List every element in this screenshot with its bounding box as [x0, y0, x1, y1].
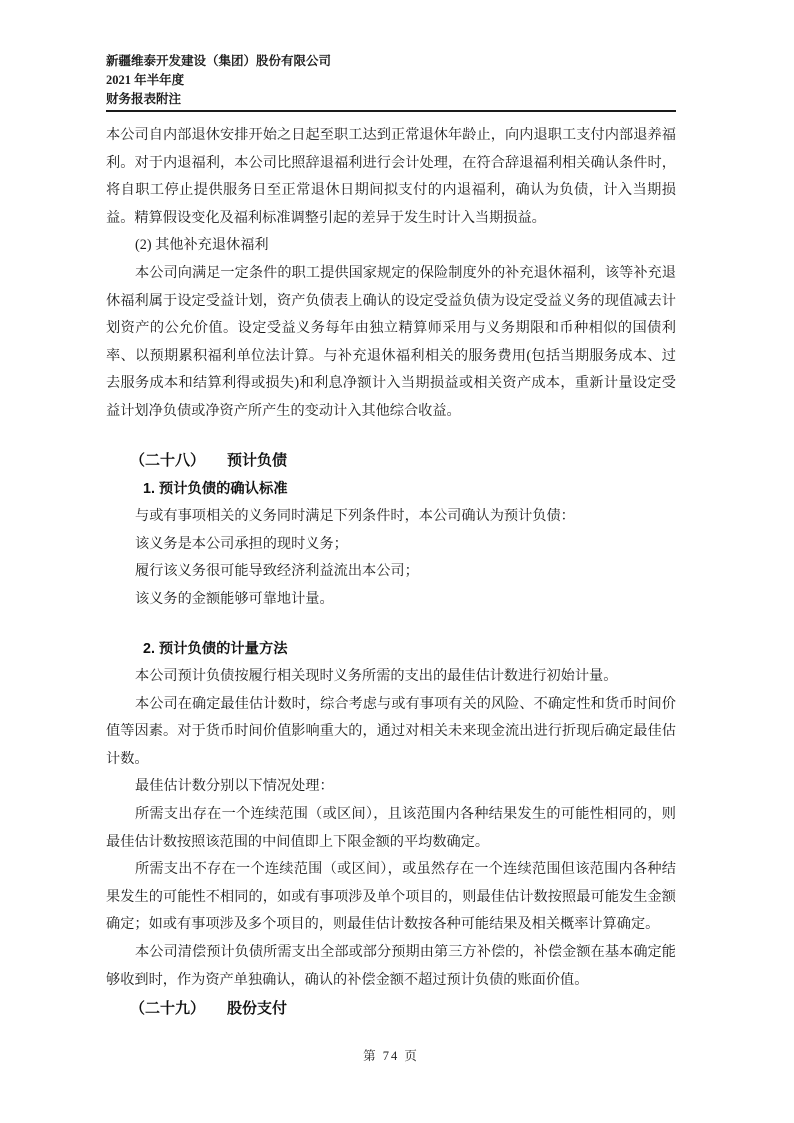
- section-title: 预计负债: [227, 452, 287, 469]
- paragraph: 该义务的金额能够可靠地计量。: [106, 586, 676, 614]
- sub-heading: 1. 预计负债的确认标准: [106, 476, 676, 504]
- document-body: 本公司自内部退休安排开始之日起至职工达到正常退休年龄止，向内退职工支付内部退养福…: [106, 122, 676, 1024]
- paragraph: 本公司在确定最佳估计数时，综合考虑与或有事项有关的风险、不确定性和货币时间价值等…: [106, 691, 676, 774]
- paragraph: 本公司清偿预计负债所需支出全部或部分预期由第三方补偿的，补偿金额在基本确定能够收…: [106, 939, 676, 994]
- section-number: （二十八）: [130, 452, 205, 469]
- paragraph: 所需支出存在一个连续范围（或区间），且该范围内各种结果发生的可能性相同的，则最佳…: [106, 801, 676, 856]
- header-divider: [106, 110, 676, 112]
- paragraph: 所需支出不存在一个连续范围（或区间），或虽然存在一个连续范围但该范围内各种结果发…: [106, 856, 676, 939]
- paragraph: 本公司自内部退休安排开始之日起至职工达到正常退休年龄止，向内退职工支付内部退养福…: [106, 122, 676, 232]
- sub-heading: 2. 预计负债的计量方法: [106, 636, 676, 664]
- document-page: 新疆维泰开发建设（集团）股份有限公司 2021 年半年度 财务报表附注 本公司自…: [0, 0, 794, 1123]
- page-number-label: 第 74 页: [363, 1049, 419, 1063]
- section-heading: （二十八）预计负债: [106, 446, 676, 476]
- paragraph: 履行该义务很可能导致经济利益流出本公司；: [106, 558, 676, 586]
- paragraph: (2) 其他补充退休福利: [106, 232, 676, 260]
- paragraph: 与或有事项相关的义务同时满足下列条件时，本公司确认为预计负债：: [106, 503, 676, 531]
- section-heading: （二十九）股份支付: [106, 994, 676, 1024]
- section-number: （二十九）: [130, 1000, 205, 1017]
- paragraph: 本公司向满足一定条件的职工提供国家规定的保险制度外的补充退休福利，该等补充退休福…: [106, 260, 676, 426]
- header-company-name: 新疆维泰开发建设（集团）股份有限公司: [106, 52, 676, 71]
- page-footer: 第 74 页: [106, 1048, 676, 1064]
- section-title: 股份支付: [227, 1000, 287, 1017]
- paragraph: 最佳估计数分别以下情况处理：: [106, 773, 676, 801]
- header-doc-title: 财务报表附注: [106, 90, 676, 109]
- paragraph: 该义务是本公司承担的现时义务；: [106, 531, 676, 559]
- header-report-period: 2021 年半年度: [106, 71, 676, 90]
- page-header: 新疆维泰开发建设（集团）股份有限公司 2021 年半年度 财务报表附注: [106, 52, 676, 109]
- paragraph: 本公司预计负债按履行相关现时义务所需的支出的最佳估计数进行初始计量。: [106, 663, 676, 691]
